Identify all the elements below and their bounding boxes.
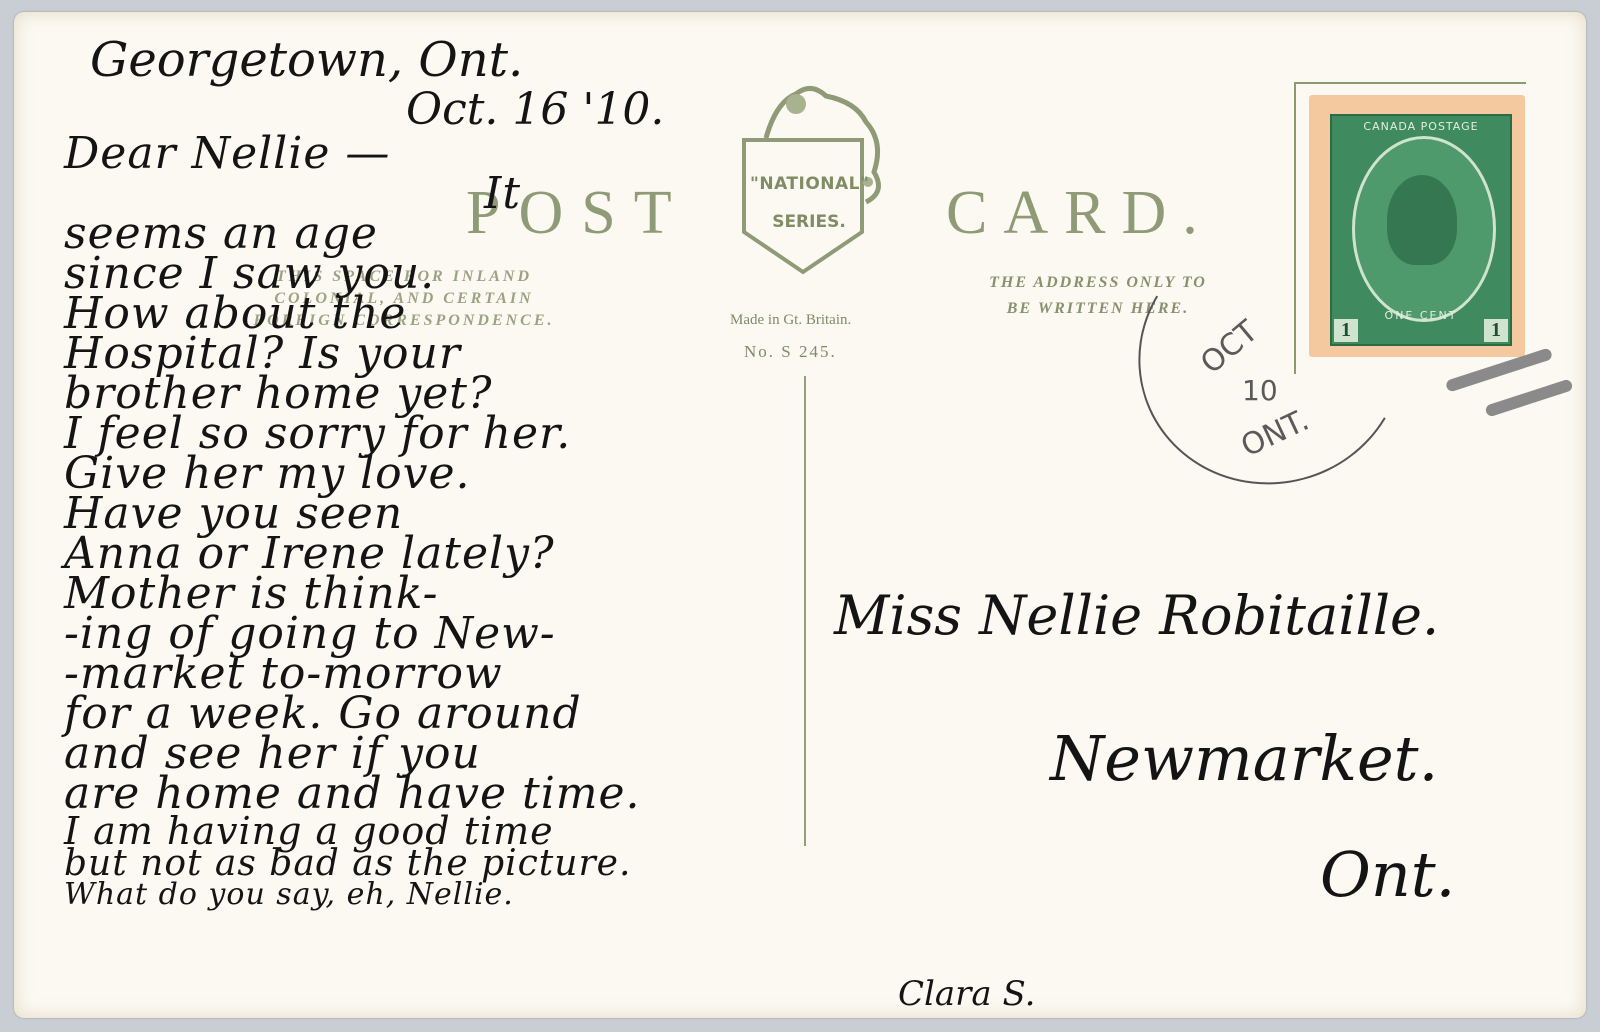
national-series-shield-logo: "NATIONAL" SERIES. [736,82,896,282]
king-portrait-icon [1387,175,1457,265]
stamp-top-text: CANADA POSTAGE [1332,120,1510,133]
shield-series-text: SERIES. [750,212,868,232]
address-province: Ont. [1320,838,1455,911]
series-number: No. S 245. [744,342,837,362]
postcard-back: POST CARD. "NATIONAL" SERIES. THIS SPACE… [14,12,1586,1018]
signature: Clara S. [898,974,1035,1014]
made-in-text: Made in Gt. Britain. [730,312,851,329]
message-body: Dear Nellie — It seems an age since I sa… [64,42,641,910]
card-heading: CARD. [946,178,1214,249]
cancel-bar-icon [1484,378,1573,417]
message-line: are home and have time. [64,774,641,814]
message-line: What do you say, eh, Nellie. [64,880,641,910]
address-name: Miss Nellie Robitaille. [834,584,1439,647]
message-line: Dear Nellie — [64,134,641,174]
stamp-value-right: 1 [1484,319,1508,342]
postmark-year: 10 [1242,374,1278,407]
center-divider [804,376,806,846]
address-city: Newmarket. [1050,722,1438,795]
message-line: but not as bad as the picture. [64,848,641,880]
shield-national-text: "NATIONAL" [750,174,868,194]
